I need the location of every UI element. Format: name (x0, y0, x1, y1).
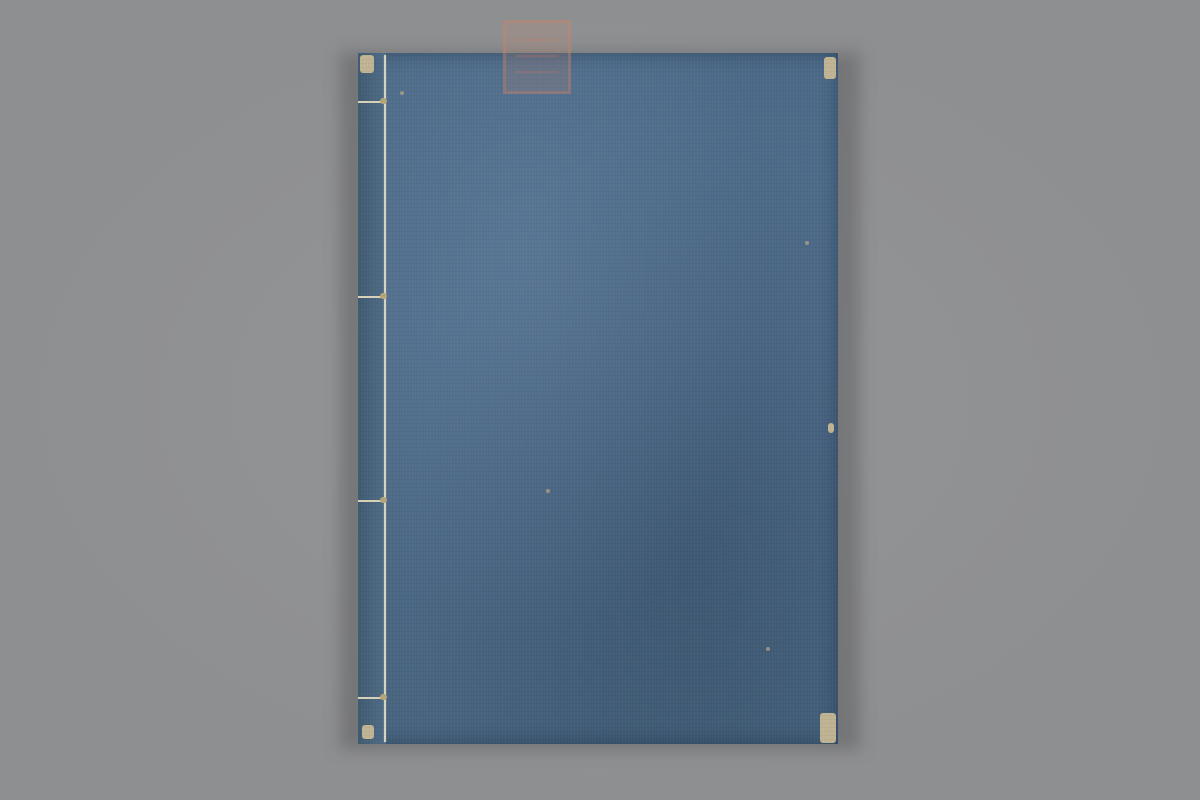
surface-speck (400, 91, 404, 95)
thread-knot (380, 293, 387, 299)
edge-wear (828, 423, 834, 433)
corner-wear (362, 725, 374, 739)
book-spine (358, 53, 386, 744)
collection-stamp (503, 20, 571, 94)
stamp-stroke (516, 55, 558, 57)
corner-wear (820, 713, 836, 743)
book-cover (358, 53, 838, 744)
corner-wear (360, 55, 374, 73)
surface-speck (766, 647, 770, 651)
thread-knot (380, 694, 387, 700)
stamp-stroke (516, 39, 558, 41)
stamp-stroke (516, 71, 558, 73)
binding-thread (384, 55, 386, 742)
thread-knot (380, 98, 387, 104)
thread-knot (380, 497, 387, 503)
surface-speck (546, 489, 550, 493)
corner-wear (824, 57, 836, 79)
surface-speck (805, 241, 809, 245)
